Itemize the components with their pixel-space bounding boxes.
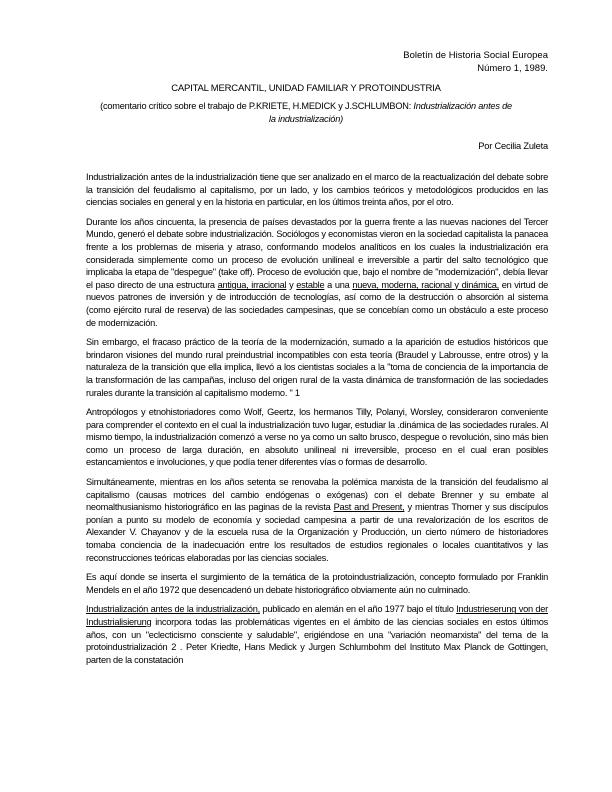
paragraph-text: a una [324, 280, 352, 290]
paragraph-text: incorpora todas las problemáticas vigent… [86, 617, 548, 665]
paragraph-3: Sin embargo, el fracaso práctico de la t… [86, 336, 548, 399]
article-title: CAPITAL MERCANTIL, UNIDAD FAMILIAR Y PRO… [0, 83, 612, 94]
journal-issue: Número 1, 1989. [477, 62, 548, 75]
paragraph-4: Antropólogos y etnohistoriadores como Wo… [86, 406, 548, 469]
journal-name: Boletín de Historia Social Europea [403, 49, 548, 62]
paragraph-text: y [286, 280, 296, 290]
underlined-term: nueva, moderna, racional y dinámica, [352, 280, 499, 290]
document-page: Boletín de Historia Social Europea Númer… [0, 0, 612, 792]
paragraph-2: Durante los años cincuenta, la presencia… [86, 216, 548, 329]
paragraph-7: Industrialización antes de la industrial… [86, 603, 548, 666]
paragraph-text: publicado en alemán en el año 1977 bajo … [260, 604, 456, 614]
subtitle-text: (comentario crítico sobre el trabajo de … [100, 101, 413, 111]
underlined-term: antigua, irracional [218, 280, 287, 290]
paragraph-1: Industrialización antes de la industrial… [86, 171, 548, 209]
underlined-term: estable [296, 280, 324, 290]
paragraph-6: Es aquí donde se inserta el surgimiento … [86, 571, 548, 596]
book-title-reference: Industrialización antes de la industrial… [86, 604, 260, 614]
journal-reference: Past and Present, [334, 502, 405, 512]
author-byline: Por Cecilia Zuleta [478, 141, 548, 151]
article-body: Industrialización antes de la industrial… [86, 171, 548, 673]
paragraph-5: Simultáneamente, mientras en los años se… [86, 476, 548, 564]
article-subtitle: (comentario crítico sobre el trabajo de … [96, 100, 516, 126]
